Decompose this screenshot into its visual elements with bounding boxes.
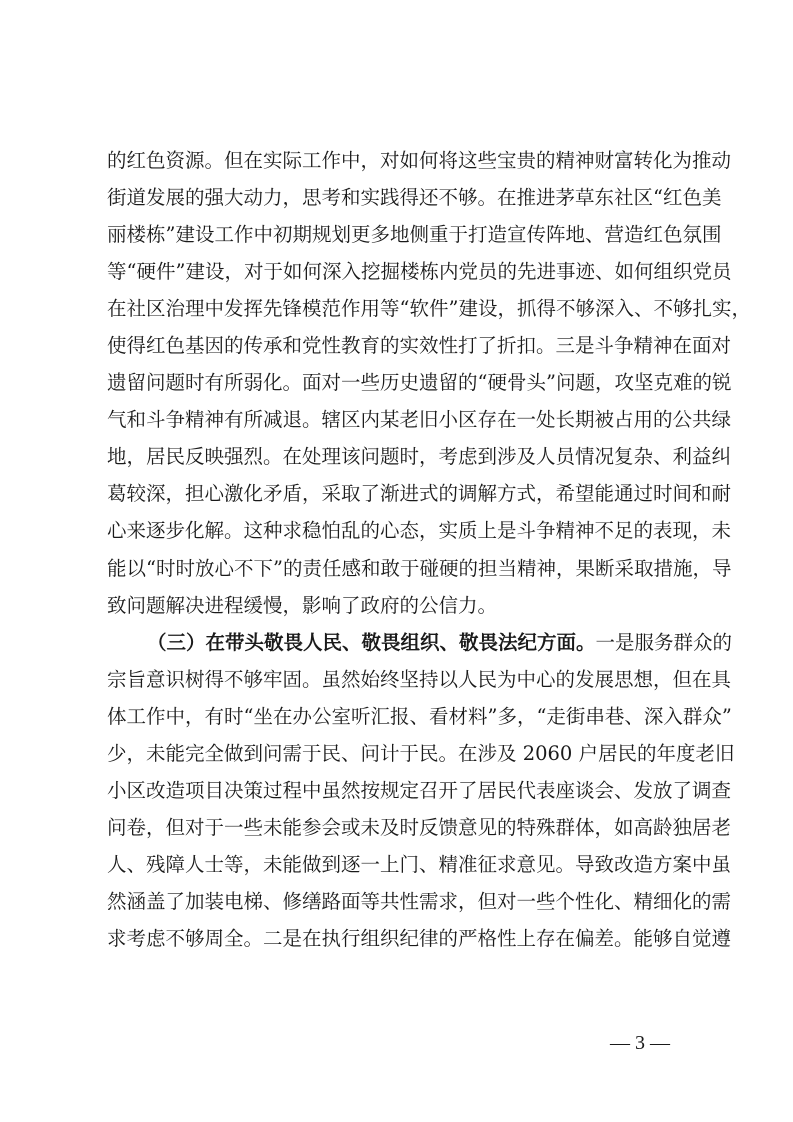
paragraph-line: 致问题解决进程缓慢，影响了政府的公信力。	[107, 587, 695, 624]
paragraph-line: 气和斗争精神有所减退。辖区内某老旧小区存在一处长期被占用的公共绿	[107, 401, 695, 438]
section-3-first-line: （三）在带头敬畏人民、敬畏组织、敬畏法纪方面。一是服务群众的	[107, 624, 695, 661]
paragraph-line: 葛较深，担心激化矛盾，采取了渐进式的调解方式，希望能通过时间和耐	[107, 475, 695, 512]
paragraph-line: 然涵盖了加装电梯、修缮路面等共性需求，但对一些个性化、精细化的需	[107, 883, 695, 920]
paragraph-line: 人、残障人士等，未能做到逐一上门、精准征求意见。导致改造方案中虽	[107, 846, 695, 883]
section-3-first-line-text: 一是服务群众的	[596, 631, 733, 654]
page-number: — 3 —	[600, 1032, 680, 1055]
paragraph-line: 心来逐步化解。这种求稳怕乱的心态，实质上是斗争精神不足的表现，未	[107, 512, 695, 549]
paragraph-line: 能以“时时放心不下”的责任感和敢于碰硬的担当精神，果断采取措施，导	[107, 550, 695, 587]
paragraph-line: 街道发展的强大动力，思考和实践得还不够。在推进茅草东社区“红色美	[107, 179, 695, 216]
paragraph-line: 丽楼栋”建设工作中初期规划更多地侧重于打造宣传阵地、营造红色氛围	[107, 216, 695, 253]
paragraph-line: 少，未能完全做到问需于民、问计于民。在涉及 2060 户居民的年度老旧	[107, 735, 695, 772]
paragraph-line: 的红色资源。但在实际工作中，对如何将这些宝贵的精神财富转化为推动	[107, 142, 695, 179]
document-page: 的红色资源。但在实际工作中，对如何将这些宝贵的精神财富转化为推动 街道发展的强大…	[0, 0, 793, 1122]
paragraph-line: 在社区治理中发挥先锋模范作用等“软件”建设，抓得不够深入、不够扎实，	[107, 290, 695, 327]
paragraph-line: 遗留问题时有所弱化。面对一些历史遗留的“硬骨头”问题，攻坚克难的锐	[107, 364, 695, 401]
paragraph-line: 小区改造项目决策过程中虽然按规定召开了居民代表座谈会、发放了调查	[107, 772, 695, 809]
paragraph-line: 使得红色基因的传承和党性教育的实效性打了折扣。三是斗争精神在面对	[107, 327, 695, 364]
paragraph-line: 宗旨意识树得不够牢固。虽然始终坚持以人民为中心的发展思想，但在具	[107, 661, 695, 698]
paragraph-line: 等“硬件”建设，对于如何深入挖掘楼栋内党员的先进事迹、如何组织党员	[107, 253, 695, 290]
paragraph-line: 地，居民反映强烈。在处理该问题时，考虑到涉及人员情况复杂、利益纠	[107, 438, 695, 475]
body-text: 的红色资源。但在实际工作中，对如何将这些宝贵的精神财富转化为推动 街道发展的强大…	[107, 142, 695, 957]
paragraph-line: 体工作中，有时“坐在办公室听汇报、看材料”多，“走街串巷、深入群众”	[107, 698, 695, 735]
paragraph-line: 求考虑不够周全。二是在执行组织纪律的严格性上存在偏差。能够自觉遵	[107, 920, 695, 957]
section-3-heading: （三）在带头敬畏人民、敬畏组织、敬畏法纪方面。	[147, 631, 596, 654]
paragraph-line: 问卷，但对于一些未能参会或未及时反馈意见的特殊群体，如高龄独居老	[107, 809, 695, 846]
